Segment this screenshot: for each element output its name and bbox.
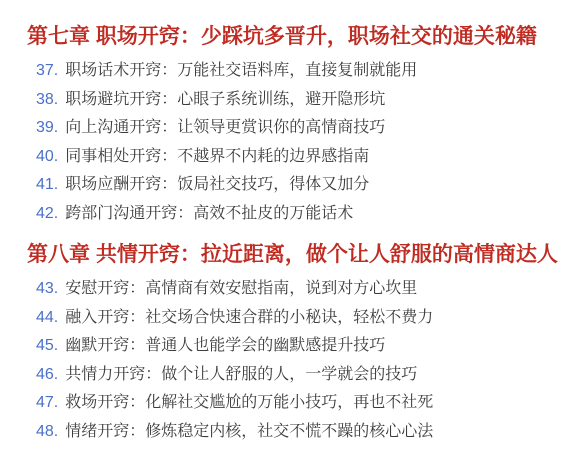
toc-item-number: 42. (36, 200, 58, 229)
toc-item-text: 职场应酬开窍：饭局社交技巧，得体又加分 (65, 171, 369, 200)
toc-item-number: 38. (36, 86, 58, 115)
toc-item-text: 融入开窍：社交场合快速合群的小秘诀，轻松不费力 (65, 304, 433, 333)
toc-item-39: 39. 向上沟通开窍：让领导更赏识你的高情商技巧 (36, 114, 567, 143)
toc-item-44: 44. 融入开窍：社交场合快速合群的小秘诀，轻松不费力 (36, 304, 567, 333)
toc-item-number: 43. (36, 275, 58, 304)
toc-item-text: 同事相处开窍：不越界不内耗的边界感指南 (65, 143, 369, 172)
toc-item-number: 45. (36, 332, 58, 361)
toc-item-40: 40. 同事相处开窍：不越界不内耗的边界感指南 (36, 143, 567, 172)
chapter-7-section: 第七章 职场开窍：少踩坑多晋升，职场社交的通关秘籍 37. 职场话术开窍：万能社… (27, 26, 567, 228)
toc-item-48: 48. 情绪开窍：修炼稳定内核，社交不慌不躁的核心心法 (36, 418, 567, 447)
toc-item-47: 47. 救场开窍：化解社交尴尬的万能小技巧，再也不社死 (36, 389, 567, 418)
toc-item-38: 38. 职场避坑开窍：心眼子系统训练，避开隐形坑 (36, 86, 567, 115)
toc-item-number: 48. (36, 418, 58, 447)
toc-item-text: 安慰开窍：高情商有效安慰指南，说到对方心坎里 (65, 275, 417, 304)
toc-item-number: 37. (36, 57, 58, 86)
chapter-8-toc-list: 43. 安慰开窍：高情商有效安慰指南，说到对方心坎里 44. 融入开窍：社交场合… (27, 275, 567, 446)
toc-item-number: 41. (36, 171, 58, 200)
chapter-8-title: 第八章 共情开窍：拉近距离，做个让人舒服的高情商达人 (27, 244, 567, 266)
toc-item-41: 41. 职场应酬开窍：饭局社交技巧，得体又加分 (36, 171, 567, 200)
toc-item-37: 37. 职场话术开窍：万能社交语料库，直接复制就能用 (36, 57, 567, 86)
chapter-7-title: 第七章 职场开窍：少踩坑多晋升，职场社交的通关秘籍 (27, 26, 567, 48)
chapter-7-toc-list: 37. 职场话术开窍：万能社交语料库，直接复制就能用 38. 职场避坑开窍：心眼… (27, 57, 567, 228)
toc-item-42: 42. 跨部门沟通开窍：高效不扯皮的万能话术 (36, 200, 567, 229)
toc-item-43: 43. 安慰开窍：高情商有效安慰指南，说到对方心坎里 (36, 275, 567, 304)
toc-item-number: 44. (36, 304, 58, 333)
toc-item-number: 39. (36, 114, 58, 143)
toc-item-number: 40. (36, 143, 58, 172)
document-page: 第七章 职场开窍：少踩坑多晋升，职场社交的通关秘籍 37. 职场话术开窍：万能社… (0, 0, 585, 453)
toc-item-number: 47. (36, 389, 58, 418)
toc-item-text: 共情力开窍：做个让人舒服的人，一学就会的技巧 (65, 361, 417, 390)
toc-item-number: 46. (36, 361, 58, 390)
toc-item-text: 职场避坑开窍：心眼子系统训练，避开隐形坑 (65, 86, 385, 115)
toc-item-text: 职场话术开窍：万能社交语料库，直接复制就能用 (65, 57, 417, 86)
toc-item-text: 情绪开窍：修炼稳定内核，社交不慌不躁的核心心法 (65, 418, 433, 447)
toc-item-text: 救场开窍：化解社交尴尬的万能小技巧，再也不社死 (65, 389, 433, 418)
toc-item-text: 向上沟通开窍：让领导更赏识你的高情商技巧 (65, 114, 385, 143)
chapter-8-section: 第八章 共情开窍：拉近距离，做个让人舒服的高情商达人 43. 安慰开窍：高情商有… (27, 244, 567, 446)
toc-item-46: 46. 共情力开窍：做个让人舒服的人，一学就会的技巧 (36, 361, 567, 390)
toc-item-text: 跨部门沟通开窍：高效不扯皮的万能话术 (65, 200, 353, 229)
toc-item-text: 幽默开窍：普通人也能学会的幽默感提升技巧 (65, 332, 385, 361)
toc-item-45: 45. 幽默开窍：普通人也能学会的幽默感提升技巧 (36, 332, 567, 361)
